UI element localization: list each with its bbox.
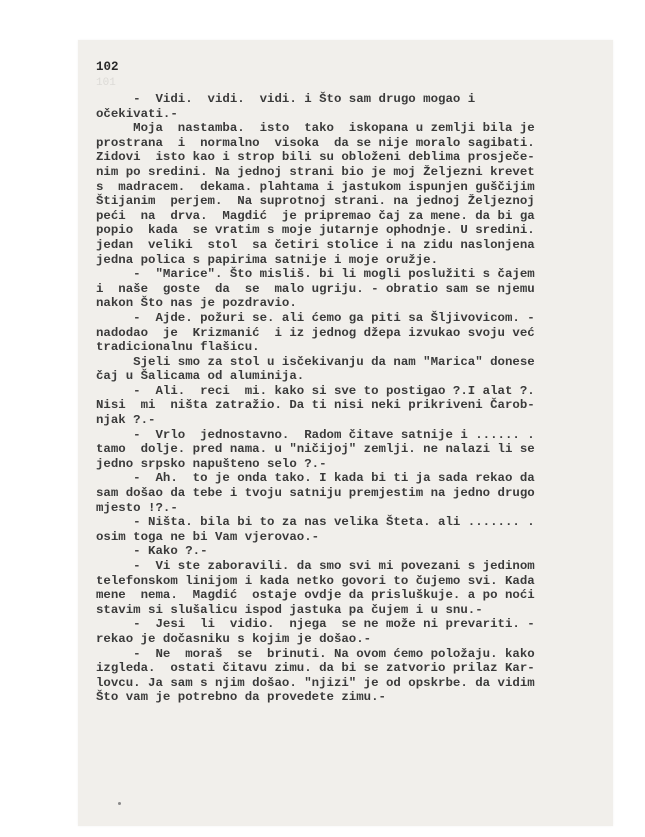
text-line: čaj u Šalicama od aluminija. [96, 369, 596, 384]
text-line: Zidovi isto kao i strop bili su obloženi… [96, 150, 596, 165]
text-line: - Vidi. vidi. vidi. i Što sam drugo moga… [96, 92, 596, 107]
page-number: 102 [96, 60, 119, 74]
ghost-page-number: 101 [96, 77, 116, 89]
text-line: osim toga ne bi Vam vjerovao.- [96, 530, 596, 545]
text-line: - Ali. reci mi. kako si sve to postigao … [96, 384, 596, 399]
text-line: Što vam je potrebno da provedete zimu.- [96, 690, 596, 705]
text-line: jedan veliki stol sa četiri stolice i na… [96, 238, 596, 253]
text-line: nadodao je Krizmanić i iz jednog džepa i… [96, 326, 596, 341]
text-line: - Ništa. bila bi to za nas velika Šteta.… [96, 515, 596, 530]
text-line: popio kada se vratim s moje jutarnje oph… [96, 223, 596, 238]
text-line: - Ah. to je onda tako. I kada bi ti ja s… [96, 471, 596, 486]
text-line: telefonskom linijom i kada netko govori … [96, 574, 596, 589]
text-line: - "Marice". Što misliš. bi li mogli posl… [96, 267, 596, 282]
text-line: i naše goste da se malo ugriju. - obrati… [96, 282, 596, 297]
text-line: prostrana i normalno visoka da se nije m… [96, 136, 596, 151]
text-line: - Ajde. požuri se. ali ćemo ga piti sa Š… [96, 311, 596, 326]
text-line: stavim si slušalicu ispod jastuka pa čuj… [96, 603, 596, 618]
text-line: jedno srpsko napušteno selo ?.- [96, 457, 596, 472]
text-line: - Jesi li vidio. njega se ne može ni pre… [96, 617, 596, 632]
text-line: Moja nastamba. isto tako iskopana u zeml… [96, 121, 596, 136]
text-line: očekivati.- [96, 107, 596, 122]
text-line: njak ?.- [96, 413, 596, 428]
text-line: mene nema. Magdić ostaje ovdje da prislu… [96, 588, 596, 603]
text-line: lovcu. Ja sam s njim došao. "njizi" je o… [96, 676, 596, 691]
text-line: izgleda. ostati čitavu zimu. da bi se za… [96, 661, 596, 676]
text-line: - Kako ?.- [96, 544, 596, 559]
text-line: rekao je dočasniku s kojim je došao.- [96, 632, 596, 647]
text-line: Nisi mi ništa zatražio. Da ti nisi neki … [96, 398, 596, 413]
text-line: sam došao da tebe i tvoju satniju premje… [96, 486, 596, 501]
text-line: tamo dolje. pred nama. u "ničijoj" zemlj… [96, 442, 596, 457]
body-text: - Vidi. vidi. vidi. i Što sam drugo moga… [96, 92, 596, 705]
text-line: peći na drva. Magdić je pripremao čaj za… [96, 209, 596, 224]
text-line: nakon Što nas je pozdravio. [96, 296, 596, 311]
text-line: - Ne moraš se brinuti. Na ovom ćemo polo… [96, 647, 596, 662]
text-line: jedna polica s papirima satnije i moje o… [96, 253, 596, 268]
text-line: Štijanim perjem. Na suprotnoj strani. na… [96, 194, 596, 209]
text-line: mjesto !?.- [96, 501, 596, 516]
text-line: tradicionalnu flašicu. [96, 340, 596, 355]
text-line: nim po sredini. Na jednoj strani bio je … [96, 165, 596, 180]
text-line: s madracem. dekama. plahtama i jastukom … [96, 180, 596, 195]
speck-mark [118, 802, 121, 805]
scanned-page: 102 101 - Vidi. vidi. vidi. i Što sam dr… [78, 40, 613, 826]
text-line: - Vi ste zaboravili. da smo svi mi povez… [96, 559, 596, 574]
text-line: Sjeli smo za stol u isčekivanju da nam "… [96, 355, 596, 370]
text-line: - Vrlo jednostavno. Radom čitave satnije… [96, 428, 596, 443]
